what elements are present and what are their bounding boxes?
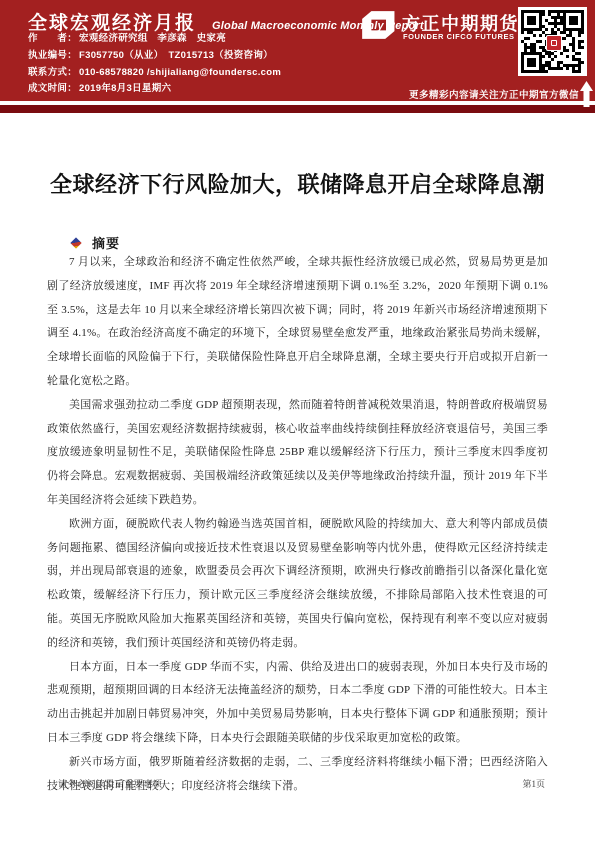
brand-block: 方正中期期货 FOUNDER CIFCO FUTURES [356,6,516,46]
meta-author-value: 宏观经济研究组 李彦森 史家亮 [79,33,226,44]
abstract-paragraph: 7 月以来，全球政治和经济不确定性依然严峻，全球共振性经济放缓已成必然，贸易局势… [47,251,548,394]
report-page: 全球宏观经济月报 Global Macroeconomic Monthly Re… [0,0,595,842]
meta-date-label: 成文时间： [28,83,77,94]
founder-logo-icon [356,8,396,42]
arrow-up-icon [580,81,593,107]
abstract-body: 7 月以来，全球政治和经济不确定性依然严峻，全球共振性经济放缓已成必然，贸易局势… [47,251,548,798]
abstract-paragraph: 欧洲方面，硬脱欧代表人物约翰逊当选英国首相，硬脱欧风险的持续加大、意大利等内部成… [47,513,548,656]
meta-author-label: 作 者： [28,33,77,44]
abstract-paragraph: 日本方面，日本一季度 GDP 华而不实，内需、供给及进出口的疲弱表现，外加日本央… [47,656,548,751]
meta-contact: 联系方式：010-68578820 /shijialiang@foundersc… [28,65,281,82]
abstract-bullet-icon [70,237,81,248]
meta-author: 作 者：宏观经济研究组 李彦森 史家亮 [28,31,281,48]
report-title: 全球经济下行风险加大，联储降息开启全球降息潮 [0,168,595,199]
abstract-heading: 摘要 [72,233,120,252]
author-meta-block: 作 者：宏观经济研究组 李彦森 史家亮 执业编号：F3057750（从业） TZ… [28,31,281,98]
header-accent-band [0,105,595,114]
report-header: 全球宏观经济月报 Global Macroeconomic Monthly Re… [0,0,595,101]
abstract-paragraph: 新兴市场方面，俄罗斯随着经济数据的走弱，二、三季度经济料将继续小幅下滑；巴西经济… [47,751,548,799]
meta-license-label: 执业编号： [28,50,77,61]
qr-code [518,7,587,76]
abstract-label: 摘要 [92,233,120,252]
meta-contact-label: 联系方式： [28,67,77,78]
meta-license-value: F3057750（从业） TZ015713（投资咨询） [79,50,273,61]
qr-center-logo-icon [546,35,562,51]
meta-license: 执业编号：F3057750（从业） TZ015713（投资咨询） [28,48,281,65]
wechat-note: 更多精彩内容请关注方正中期官方微信 [409,87,579,101]
footer-page-number: 第1页 [522,777,545,790]
meta-date: 成文时间：2019年8月3日星期六 [28,81,281,98]
meta-contact-value: 010-68578820 /shijialiang@foundersc.com [79,67,281,78]
footer-disclaimer: 请务必阅读最后重要事项 [58,777,163,790]
abstract-paragraph: 美国需求强劲拉动二季度 GDP 超预期表现，然而随着特朗普减税效果消退，特朗普政… [47,394,548,513]
meta-date-value: 2019年8月3日星期六 [79,83,171,94]
brand-name-en: FOUNDER CIFCO FUTURES [403,32,515,41]
